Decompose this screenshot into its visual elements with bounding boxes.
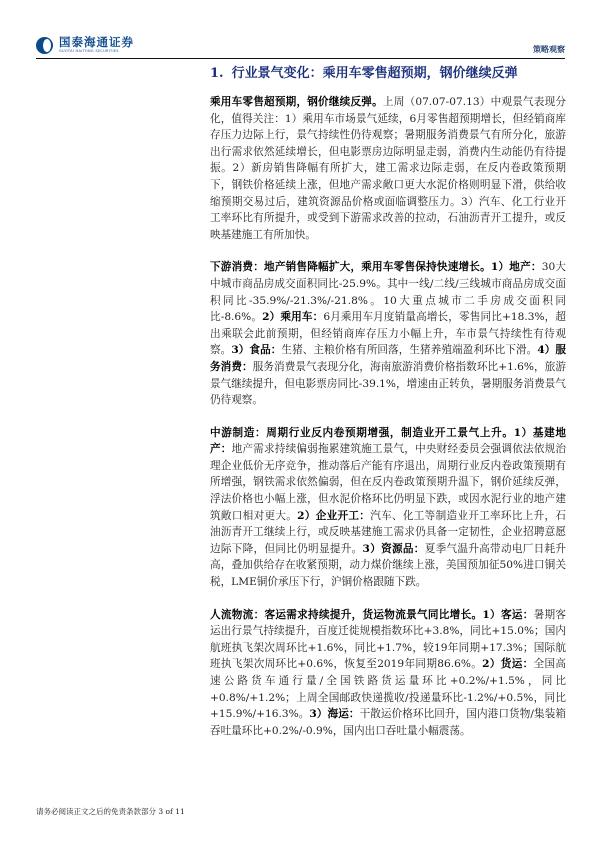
- company-logo: 国泰海通证券 GUOTAI HAITONG SECURITIES: [36, 36, 134, 54]
- paragraph-midstream-manufacturing: 中游制造：周期行业反内卷预期增强，制造业开工景气上升。1）基建地产：地产需求持续…: [210, 425, 566, 591]
- point-text: 生猪、主粮价格有所回落，生猪养殖端盈利环比下滑。: [281, 344, 537, 356]
- section-number: 1.: [210, 66, 224, 81]
- logo-icon: [36, 37, 53, 54]
- point-text: 服务消费景气表现分化，海南旅游消费价格指数环比+1.6%，旅游景气继续提升，但电…: [210, 361, 566, 406]
- report-body: 乘用车零售超预期，钢价继续反弹。上周（07.07-07.13）中观景气表现分化，…: [210, 94, 566, 755]
- paragraph-lead: 中游制造：周期行业反内卷预期增强，制造业开工景气上升。: [210, 427, 514, 439]
- disclaimer-note: 请务必阅读正文之后的免责条款部分: [36, 807, 156, 816]
- paragraph-downstream-consumption: 下游消费：地产销售降幅扩大，乘用车零售保持快速增长。1）地产：30大中城市商品房…: [210, 259, 566, 408]
- point-label: 1）客运：: [482, 609, 533, 621]
- logo-name-cn: 国泰海通证券: [59, 36, 134, 49]
- page-footer: 请务必阅读正文之后的免责条款部分 3 of 11: [36, 806, 185, 817]
- point-label: 2）企业开工：: [297, 510, 370, 522]
- point-label: 2）乘用车：: [262, 311, 323, 323]
- report-type-label: 策略观察: [533, 44, 565, 55]
- paragraph-text: 上周（07.07-07.13）中观景气表现分化，值得关注：1）乘用车市场景气延续…: [210, 96, 566, 241]
- point-label: 1）地产：: [491, 261, 542, 273]
- point-label: 3）资源品：: [363, 543, 425, 555]
- section-title: 1.行业景气变化：乘用车零售超预期，钢价继续反弹: [210, 62, 518, 81]
- section-title-text: 行业景气变化：乘用车零售超预期，钢价继续反弹: [232, 66, 518, 81]
- point-label: 2）货运：: [482, 658, 533, 670]
- point-label: 3）食品：: [231, 344, 281, 356]
- paragraph-summary: 乘用车零售超预期，钢价继续反弹。上周（07.07-07.13）中观景气表现分化，…: [210, 94, 566, 243]
- header-divider: [36, 58, 565, 59]
- page-number: 3 of 11: [158, 807, 184, 816]
- paragraph-lead: 下游消费：地产销售降幅扩大，乘用车零售保持快速增长。: [210, 261, 491, 273]
- point-label: 3）海运：: [309, 708, 359, 720]
- logo-name-en: GUOTAI HAITONG SECURITIES: [59, 49, 134, 54]
- paragraph-lead: 人流物流：客运需求持续提升，货运物流景气同比增长。: [210, 609, 482, 621]
- page-header: 国泰海通证券 GUOTAI HAITONG SECURITIES 策略观察: [36, 34, 565, 60]
- paragraph-people-logistics: 人流物流：客运需求持续提升，货运物流景气同比增长。1）客运：暑期客运出行景气持续…: [210, 607, 566, 740]
- paragraph-lead: 乘用车零售超预期，钢价继续反弹。: [210, 96, 383, 108]
